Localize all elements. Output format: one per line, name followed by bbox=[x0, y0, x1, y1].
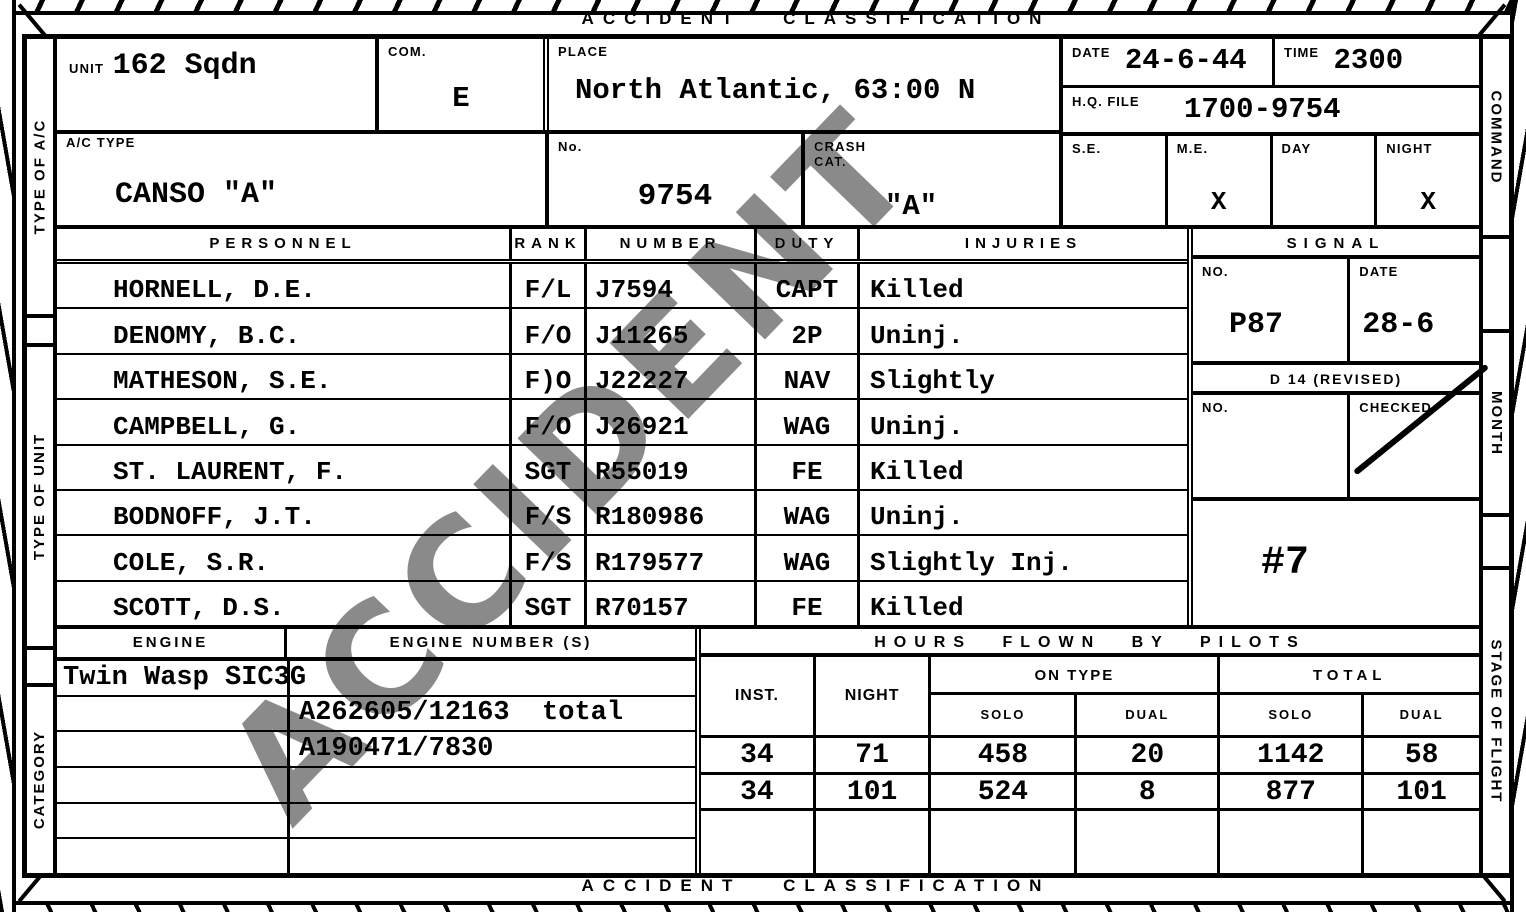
hours-empty-cell bbox=[1364, 808, 1479, 873]
personnel-duty: WAG bbox=[754, 491, 857, 534]
engine-row bbox=[57, 839, 695, 873]
personnel-name: DENOMY, B.C. bbox=[57, 309, 509, 352]
place-field: PLACE North Atlantic, 63:00 N bbox=[549, 39, 1059, 130]
engine-row: A262605/12163 total bbox=[57, 697, 695, 733]
side-label-type-of-unit-text: TYPE OF UNIT bbox=[32, 433, 49, 560]
personnel-number: J11265 bbox=[584, 309, 754, 352]
hours-inst-header-text: INST. bbox=[701, 687, 813, 705]
unit-row: UNIT 162 Sqdn COM. E PLACE North Atlanti… bbox=[57, 39, 1059, 130]
signal-revised-no-field: NO. bbox=[1193, 395, 1350, 497]
engine-number-2: A190471/7830 bbox=[57, 736, 493, 766]
side-label-stage-of-flight-text: STAGE OF FLIGHT bbox=[1488, 640, 1505, 804]
left-label-strip: TYPE OF A/C TYPE OF UNIT CATEGORY bbox=[27, 39, 57, 873]
personnel-table: PERSONNEL RANK NUMBER DUTY INJURIES HORN… bbox=[57, 229, 1193, 625]
signal-title: SIGNAL bbox=[1193, 229, 1479, 259]
signal-no-value: P87 bbox=[1193, 280, 1347, 342]
side-label-category-text: CATEGORY bbox=[32, 730, 49, 829]
engine-hours-section: ENGINE ENGINE NUMBER (S) Twin Wasp SIC3G… bbox=[57, 625, 1479, 873]
personnel-section: PERSONNEL RANK NUMBER DUTY INJURIES HORN… bbox=[57, 225, 1479, 625]
crash-category-value: "A" bbox=[805, 170, 1059, 223]
engine-row bbox=[57, 804, 695, 840]
signal-date-field: DATE 28-6 bbox=[1350, 259, 1479, 361]
personnel-header-name: PERSONNEL bbox=[57, 229, 509, 259]
personnel-duty: FE bbox=[754, 446, 857, 489]
frame-hatch-bottom bbox=[0, 901, 1526, 912]
personnel-injuries: Killed bbox=[857, 264, 1187, 307]
hq-file-value: 1700-9754 bbox=[1184, 94, 1341, 126]
engine-number-header: ENGINE NUMBER (S) bbox=[287, 629, 695, 657]
se-label: S.E. bbox=[1063, 136, 1165, 157]
hours-value: 101 bbox=[1364, 772, 1479, 808]
date-label: DATE bbox=[1063, 39, 1110, 60]
ac-number-field: No. 9754 bbox=[549, 134, 805, 225]
side-label-command: COMMAND bbox=[1483, 39, 1509, 239]
side-label-type-of-ac: TYPE OF A/C bbox=[27, 39, 53, 318]
personnel-rank: F/S bbox=[509, 536, 584, 579]
com-value: E bbox=[379, 82, 543, 115]
right-strip-gap-2 bbox=[1483, 517, 1509, 570]
personnel-rank: SGT bbox=[509, 582, 584, 625]
engine-row: A190471/7830 bbox=[57, 732, 695, 768]
time-label: TIME bbox=[1275, 39, 1319, 60]
engine-type-value: Twin Wasp SIC3G bbox=[57, 665, 306, 695]
side-label-month: MONTH bbox=[1483, 333, 1509, 517]
signal-checked-field: CHECKED bbox=[1350, 395, 1479, 497]
date-field: DATE 24-6-44 bbox=[1063, 39, 1275, 85]
personnel-name: COLE, S.R. bbox=[57, 536, 509, 579]
personnel-injuries: Uninj. bbox=[857, 309, 1187, 352]
hours-empty-cell bbox=[1077, 808, 1220, 873]
hours-empty-cell bbox=[816, 808, 932, 873]
engine-table: ENGINE ENGINE NUMBER (S) Twin Wasp SIC3G… bbox=[57, 629, 701, 873]
date-value: 24-6-44 bbox=[1125, 45, 1247, 77]
signal-note-value: #7 bbox=[1193, 541, 1309, 586]
signal-cells: NO. P87 DATE 28-6 bbox=[1193, 259, 1479, 365]
personnel-name: MATHESON, S.E. bbox=[57, 355, 509, 398]
right-strip-gap-1 bbox=[1483, 239, 1509, 333]
signal-note-field: #7 bbox=[1193, 501, 1479, 625]
date-time-row: DATE 24-6-44 TIME 2300 bbox=[1063, 39, 1479, 85]
personnel-number: R55019 bbox=[584, 446, 754, 489]
side-label-type-of-ac-text: TYPE OF A/C bbox=[32, 119, 49, 235]
personnel-number: R180986 bbox=[584, 491, 754, 534]
engine-row bbox=[57, 768, 695, 804]
night-label: NIGHT bbox=[1377, 136, 1479, 157]
ac-type-value: CANSO "A" bbox=[57, 152, 545, 212]
signal-checked-label: CHECKED bbox=[1350, 395, 1479, 416]
hours-inst-header: INST. bbox=[701, 657, 816, 735]
hours-value: 8 bbox=[1077, 772, 1220, 808]
side-label-month-text: MONTH bbox=[1488, 391, 1505, 456]
table-row: SCOTT, D.S. SGT R70157 FE Killed bbox=[57, 582, 1187, 625]
crash-category-field: CRASH CAT. "A" bbox=[805, 134, 1059, 225]
hours-value: 34 bbox=[701, 735, 816, 772]
left-strip-gap-2 bbox=[27, 650, 53, 686]
bottom-banner-title: ACCIDENT CLASSIFICATION bbox=[53, 876, 1526, 896]
night-field: NIGHT X bbox=[1377, 136, 1479, 225]
top-banner-title: ACCIDENT CLASSIFICATION bbox=[53, 9, 1526, 29]
identification-left: UNIT 162 Sqdn COM. E PLACE North Atlanti… bbox=[57, 39, 1059, 225]
personnel-injuries: Slightly Inj. bbox=[857, 536, 1187, 579]
personnel-number: J22227 bbox=[584, 355, 754, 398]
personnel-header-duty: DUTY bbox=[754, 229, 857, 259]
personnel-duty: WAG bbox=[754, 536, 857, 579]
place-label: PLACE bbox=[549, 39, 1059, 60]
hours-total-solo-header: SOLO bbox=[1220, 695, 1364, 735]
hours-value: 101 bbox=[816, 772, 932, 808]
unit-field: UNIT 162 Sqdn bbox=[57, 39, 379, 130]
time-field: TIME 2300 bbox=[1275, 39, 1479, 85]
left-strip-gap-1 bbox=[27, 318, 53, 346]
engine-day-night-row: S.E. M.E. X DAY NIGHT bbox=[1063, 132, 1479, 225]
hours-night-header-text: NIGHT bbox=[816, 687, 929, 705]
me-label: M.E. bbox=[1168, 136, 1270, 157]
personnel-injuries: Killed bbox=[857, 446, 1187, 489]
personnel-duty: 2P bbox=[754, 309, 857, 352]
engine-number-1: A262605/12163 total bbox=[57, 700, 623, 730]
right-label-strip: COMMAND MONTH STAGE OF FLIGHT bbox=[1479, 39, 1509, 873]
hours-flown-table: HOURS FLOWN BY PILOTS INST. NIGHT ON TYP… bbox=[701, 629, 1479, 873]
personnel-header-number: NUMBER bbox=[584, 229, 754, 259]
personnel-name: HORNELL, D.E. bbox=[57, 264, 509, 307]
hours-value: 58 bbox=[1364, 735, 1479, 772]
personnel-number: R179577 bbox=[584, 536, 754, 579]
side-label-category: CATEGORY bbox=[27, 687, 53, 873]
hq-file-label: H.Q. FILE bbox=[1063, 88, 1140, 109]
me-field: M.E. X bbox=[1168, 136, 1273, 225]
signal-block: SIGNAL NO. P87 DATE 28-6 D 14 (REVISED) bbox=[1193, 229, 1479, 625]
ac-number-value: 9754 bbox=[549, 179, 801, 214]
ac-type-row: A/C TYPE CANSO "A" No. 9754 CRASH CAT. "… bbox=[57, 130, 1059, 225]
unit-label: UNIT bbox=[69, 61, 104, 76]
identification-section: UNIT 162 Sqdn COM. E PLACE North Atlanti… bbox=[57, 39, 1479, 225]
hours-on-type-header: ON TYPE bbox=[931, 657, 1220, 695]
side-label-stage-of-flight: STAGE OF FLIGHT bbox=[1483, 570, 1509, 873]
time-value: 2300 bbox=[1334, 45, 1404, 77]
ac-type-field: A/C TYPE CANSO "A" bbox=[57, 134, 549, 225]
crash-category-label: CRASH CAT. bbox=[805, 134, 884, 170]
hours-title: HOURS FLOWN BY PILOTS bbox=[701, 629, 1479, 657]
frame-hatch-left bbox=[0, 0, 16, 912]
hours-value: 877 bbox=[1220, 772, 1364, 808]
identification-right: DATE 24-6-44 TIME 2300 H.Q. FILE 1700-97… bbox=[1059, 39, 1479, 225]
hours-empty-cell bbox=[931, 808, 1077, 873]
unit-value: 162 Sqdn bbox=[113, 49, 257, 83]
night-value: X bbox=[1377, 187, 1479, 217]
table-row: COLE, S.R. F/S R179577 WAG Slightly Inj. bbox=[57, 536, 1187, 581]
personnel-rank: F)O bbox=[509, 355, 584, 398]
personnel-name: ST. LAURENT, F. bbox=[57, 446, 509, 489]
table-row: BODNOFF, J.T. F/S R180986 WAG Uninj. bbox=[57, 491, 1187, 536]
personnel-name: BODNOFF, J.T. bbox=[57, 491, 509, 534]
hours-total-header: TOTAL bbox=[1220, 657, 1479, 695]
signal-revised-title: D 14 (REVISED) bbox=[1193, 365, 1479, 395]
personnel-rank: F/O bbox=[509, 400, 584, 443]
hours-on-type-dual-header: DUAL bbox=[1077, 695, 1220, 735]
com-field: COM. E bbox=[379, 39, 549, 130]
table-row: HORNELL, D.E. F/L J7594 CAPT Killed bbox=[57, 264, 1187, 309]
table-row: DENOMY, B.C. F/O J11265 2P Uninj. bbox=[57, 309, 1187, 354]
signal-no-field: NO. P87 bbox=[1193, 259, 1350, 361]
ac-type-label: A/C TYPE bbox=[57, 129, 136, 150]
card-main: UNIT 162 Sqdn COM. E PLACE North Atlanti… bbox=[57, 39, 1479, 873]
personnel-duty: WAG bbox=[754, 400, 857, 443]
personnel-number: R70157 bbox=[584, 582, 754, 625]
table-row: ST. LAURENT, F. SGT R55019 FE Killed bbox=[57, 446, 1187, 491]
hours-on-type-solo-header: SOLO bbox=[931, 695, 1077, 735]
personnel-injuries: Killed bbox=[857, 582, 1187, 625]
day-field: DAY bbox=[1273, 136, 1378, 225]
engine-header: ENGINE bbox=[57, 629, 287, 657]
hours-empty-cell bbox=[701, 808, 816, 873]
hours-night-header: NIGHT bbox=[816, 657, 932, 735]
me-value: X bbox=[1168, 187, 1270, 217]
hours-value: 20 bbox=[1077, 735, 1220, 772]
personnel-number: J7594 bbox=[584, 264, 754, 307]
personnel-duty: NAV bbox=[754, 355, 857, 398]
hq-file-field: H.Q. FILE 1700-9754 bbox=[1063, 85, 1479, 132]
signal-revised-no-label: NO. bbox=[1193, 395, 1347, 416]
personnel-header-rank: RANK bbox=[509, 229, 584, 259]
hours-value: 71 bbox=[816, 735, 932, 772]
personnel-rank: F/S bbox=[509, 491, 584, 534]
accident-classification-card: ACCIDENT CLASSIFICATION ACCIDENT CLASSIF… bbox=[0, 0, 1526, 912]
card-body: TYPE OF A/C TYPE OF UNIT CATEGORY UNIT 1… bbox=[22, 34, 1514, 878]
personnel-rank: SGT bbox=[509, 446, 584, 489]
signal-date-label: DATE bbox=[1350, 259, 1479, 280]
hours-value: 1142 bbox=[1220, 735, 1364, 772]
hours-empty-cell bbox=[1220, 808, 1364, 873]
side-label-command-text: COMMAND bbox=[1488, 90, 1505, 184]
personnel-rank: F/L bbox=[509, 264, 584, 307]
hours-value: 524 bbox=[931, 772, 1077, 808]
signal-no-label: NO. bbox=[1193, 259, 1347, 280]
se-field: S.E. bbox=[1063, 136, 1168, 225]
side-label-type-of-unit: TYPE OF UNIT bbox=[27, 347, 53, 651]
table-row: MATHESON, S.E. F)O J22227 NAV Slightly bbox=[57, 355, 1187, 400]
engine-table-body: Twin Wasp SIC3G A262605/12163 total A190… bbox=[57, 661, 695, 873]
engine-row: Twin Wasp SIC3G bbox=[57, 661, 695, 697]
place-value: North Atlantic, 63:00 N bbox=[549, 60, 1059, 107]
personnel-injuries: Slightly bbox=[857, 355, 1187, 398]
personnel-duty: CAPT bbox=[754, 264, 857, 307]
personnel-injuries: Uninj. bbox=[857, 491, 1187, 534]
personnel-number: J26921 bbox=[584, 400, 754, 443]
personnel-rank: F/O bbox=[509, 309, 584, 352]
personnel-name: CAMPBELL, G. bbox=[57, 400, 509, 443]
personnel-table-header: PERSONNEL RANK NUMBER DUTY INJURIES bbox=[57, 229, 1187, 264]
personnel-header-injuries: INJURIES bbox=[857, 229, 1187, 259]
engine-table-header: ENGINE ENGINE NUMBER (S) bbox=[57, 629, 695, 661]
personnel-injuries: Uninj. bbox=[857, 400, 1187, 443]
day-label: DAY bbox=[1273, 136, 1375, 157]
com-label: COM. bbox=[379, 39, 543, 60]
signal-revised-no-value bbox=[1193, 416, 1347, 444]
table-row: CAMPBELL, G. F/O J26921 WAG Uninj. bbox=[57, 400, 1187, 445]
hours-total-dual-header: DUAL bbox=[1364, 695, 1479, 735]
personnel-duty: FE bbox=[754, 582, 857, 625]
signal-date-value: 28-6 bbox=[1350, 280, 1479, 342]
hours-value: 458 bbox=[931, 735, 1077, 772]
hours-value: 34 bbox=[701, 772, 816, 808]
ac-number-label: No. bbox=[549, 134, 801, 155]
personnel-name: SCOTT, D.S. bbox=[57, 582, 509, 625]
